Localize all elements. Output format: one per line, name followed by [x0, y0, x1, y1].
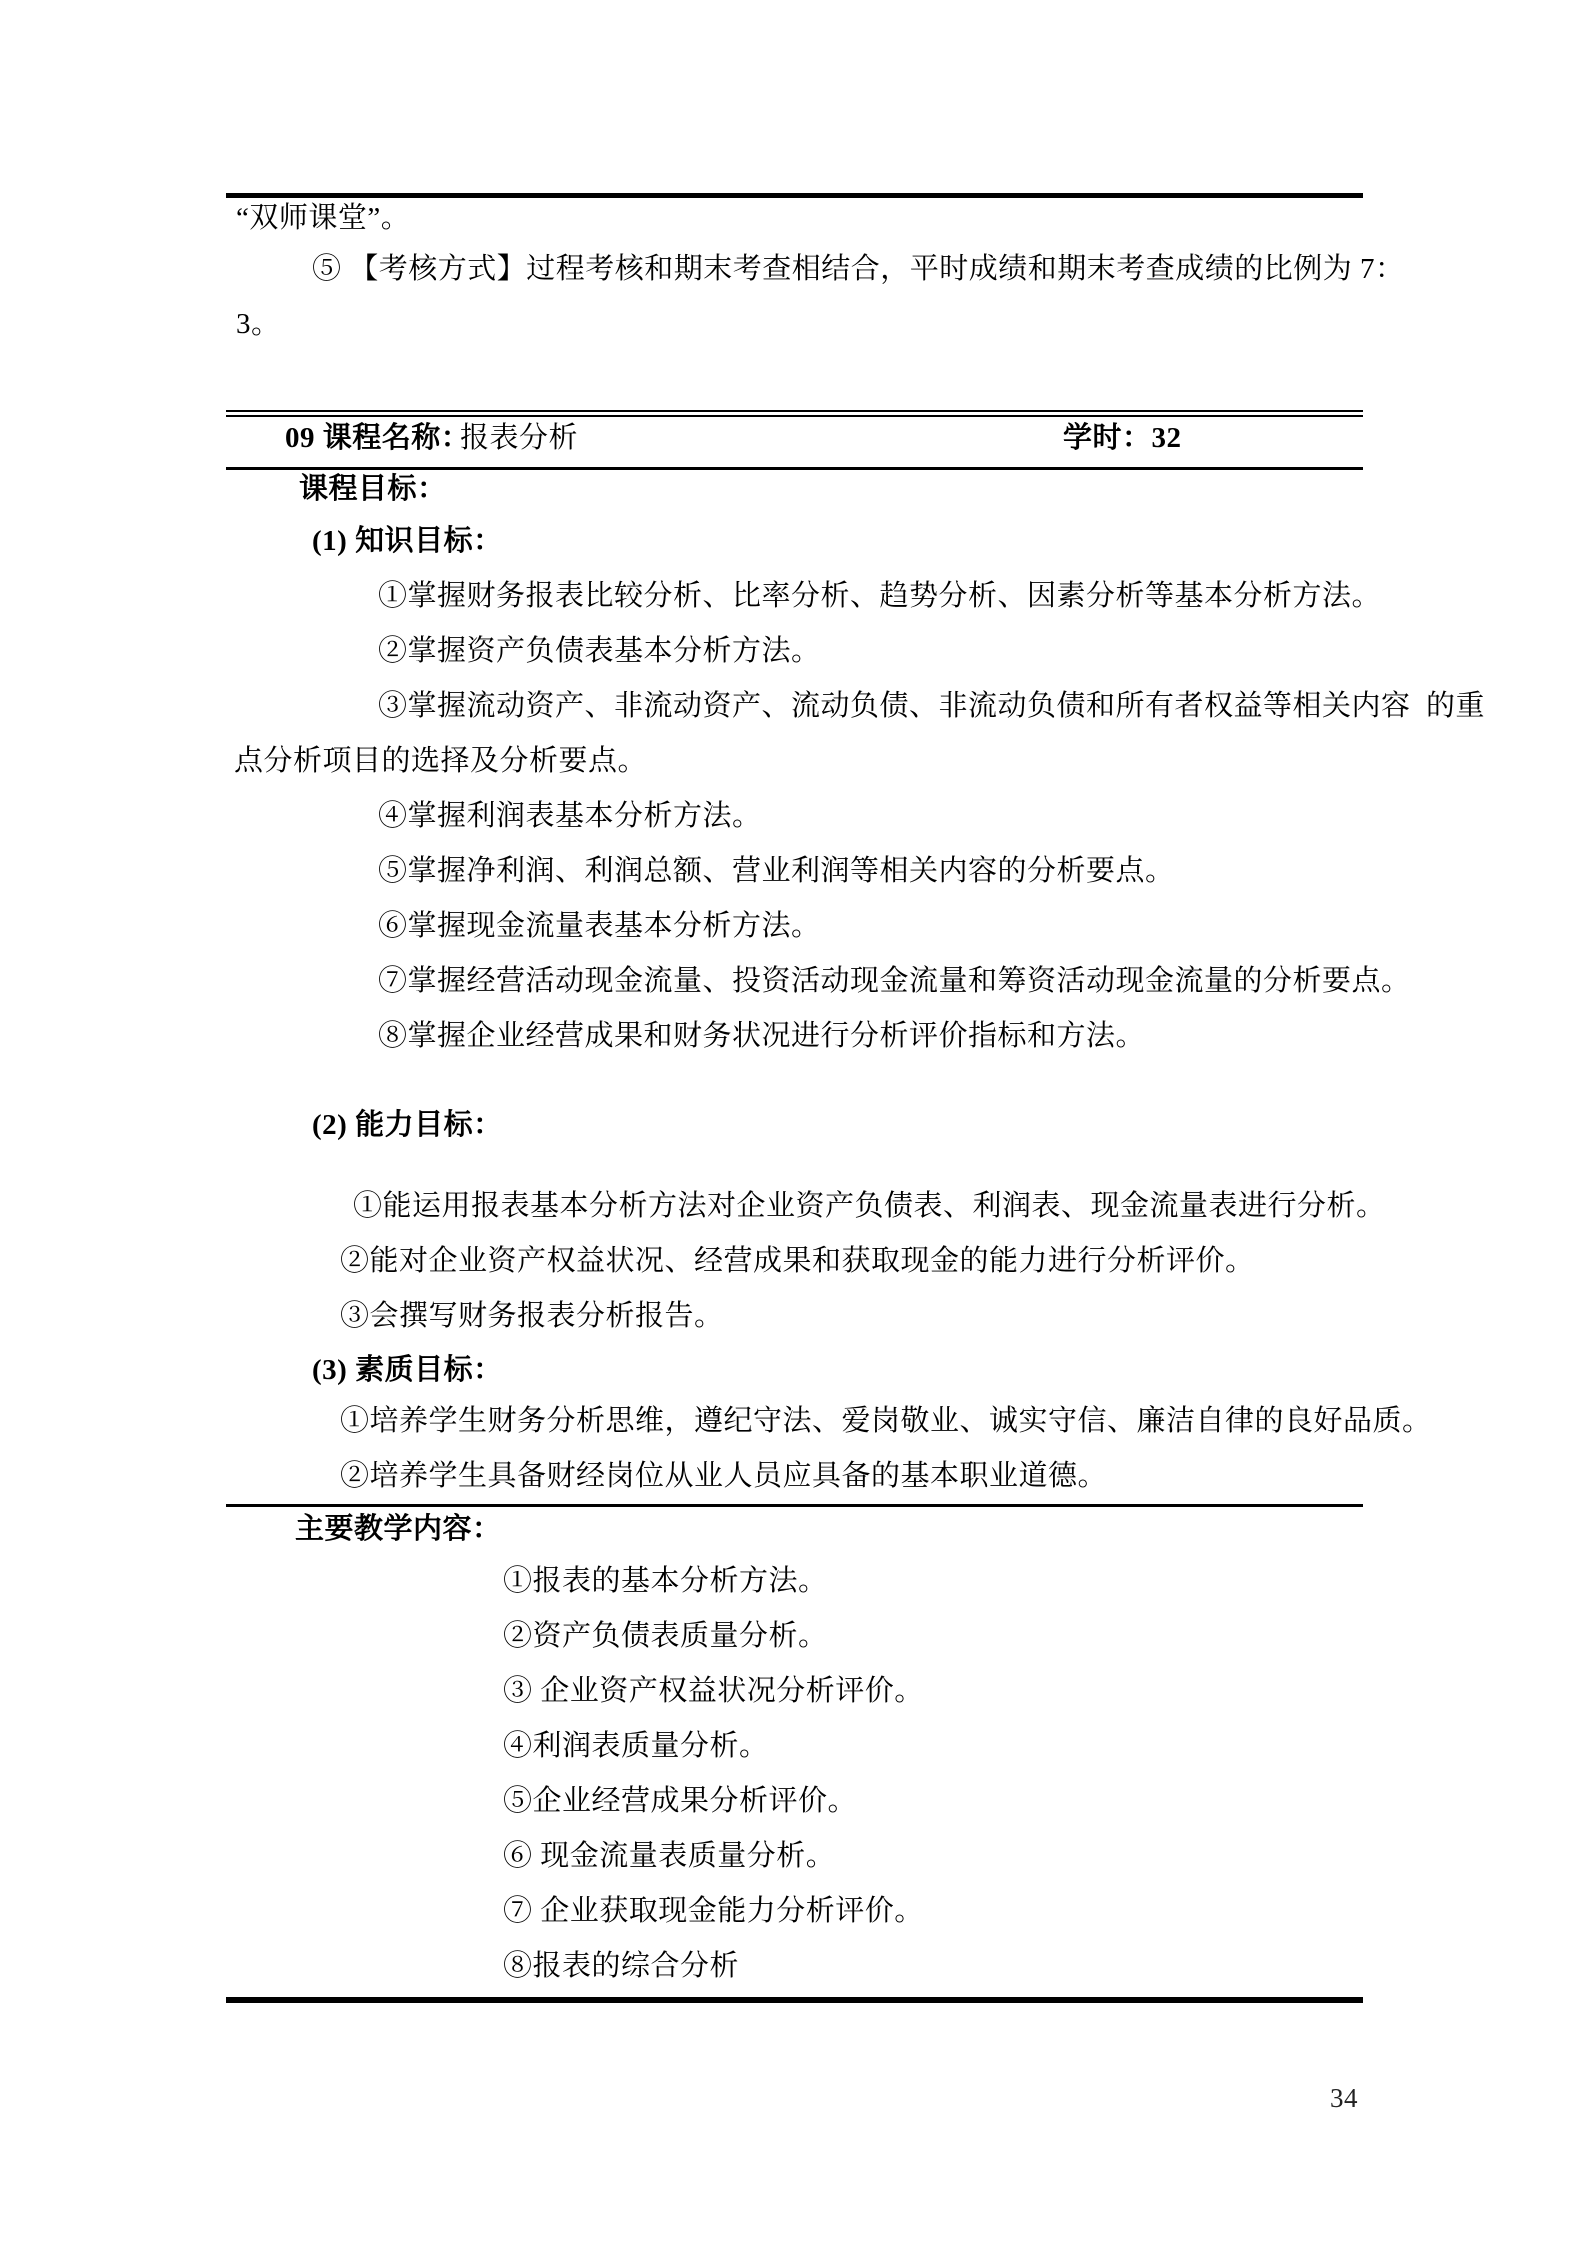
teaching-content-top-divider [226, 1504, 1363, 1507]
ability-item: ③会撰写财务报表分析报告。 [340, 1298, 724, 1334]
course-hours: 学时：32 [1063, 420, 1182, 456]
teaching-content-item: ⑤企业经营成果分析评价。 [503, 1783, 857, 1819]
assessment-ratio-continuation: 3。 [236, 306, 281, 342]
divider-top [226, 193, 1363, 198]
knowledge-item: ⑦掌握经营活动现金流量、投资活动现金流量和筹资活动现金流量的分析要点。 [378, 963, 1411, 999]
syllabus-document-page: “双师课堂”。 ⑤ 【考核方式】过程考核和期末考查相结合，平时成绩和期末考查成绩… [0, 0, 1588, 2245]
course-header-top-divider [226, 410, 1363, 417]
teaching-content-heading: 主要教学内容： [295, 1511, 502, 1547]
page-number: 34 [1330, 2080, 1358, 2116]
course-header-bottom-divider [226, 467, 1363, 470]
teaching-content-item: ⑧报表的综合分析 [503, 1948, 739, 1984]
knowledge-item: ①掌握财务报表比较分析、比率分析、趋势分析、因素分析等基本分析方法。 [378, 578, 1381, 614]
quality-item: ②培养学生具备财经岗位从业人员应具备的基本职业道德。 [340, 1458, 1107, 1494]
teaching-content-item: ⑦ 企业获取现金能力分析评价。 [503, 1893, 924, 1929]
teaching-content-item: ③ 企业资产权益状况分析评价。 [503, 1673, 924, 1709]
ability-item: ②能对企业资产权益状况、经营成果和获取现金的能力进行分析评价。 [340, 1243, 1255, 1279]
knowledge-item: ⑧掌握企业经营成果和财务状况进行分析评价指标和方法。 [378, 1018, 1145, 1054]
knowledge-item: ⑥掌握现金流量表基本分析方法。 [378, 908, 821, 944]
quality-objectives-heading: (3) 素质目标： [312, 1352, 503, 1388]
teaching-content-item: ②资产负债表质量分析。 [503, 1618, 828, 1654]
assessment-method-line: ⑤ 【考核方式】过程考核和期末考查相结合，平时成绩和期末考查成绩的比例为 7： [312, 251, 1405, 287]
knowledge-item: ⑤掌握净利润、利润总额、营业利润等相关内容的分析要点。 [378, 853, 1175, 889]
ability-objectives-heading: (2) 能力目标： [312, 1107, 503, 1143]
knowledge-objectives-heading: (1) 知识目标： [312, 523, 503, 559]
teaching-content-item: ④利润表质量分析。 [503, 1728, 769, 1764]
knowledge-item: ③掌握流动资产、非流动资产、流动负债、非流动负债和所有者权益等相关内容 的重 [378, 688, 1485, 724]
ability-item: ①能运用报表基本分析方法对企业资产负债表、利润表、现金流量表进行分析。 [353, 1188, 1386, 1224]
prev-paragraph-tail: “双师课堂”。 [236, 200, 410, 236]
objectives-heading: 课程目标： [299, 471, 447, 507]
knowledge-item: ④掌握利润表基本分析方法。 [378, 798, 762, 834]
knowledge-item: ②掌握资产负债表基本分析方法。 [378, 633, 821, 669]
divider-bottom [226, 1997, 1363, 2003]
teaching-content-item: ⑥ 现金流量表质量分析。 [503, 1838, 835, 1874]
knowledge-item-continuation: 点分析项目的选择及分析要点。 [234, 743, 647, 779]
teaching-content-item: ①报表的基本分析方法。 [503, 1563, 828, 1599]
course-number-label: 09 课程名称： [285, 420, 470, 456]
quality-item: ①培养学生财务分析思维，遵纪守法、爱岗敬业、诚实守信、廉洁自律的良好品质。 [340, 1403, 1432, 1439]
course-name: 报表分析 [460, 420, 578, 456]
